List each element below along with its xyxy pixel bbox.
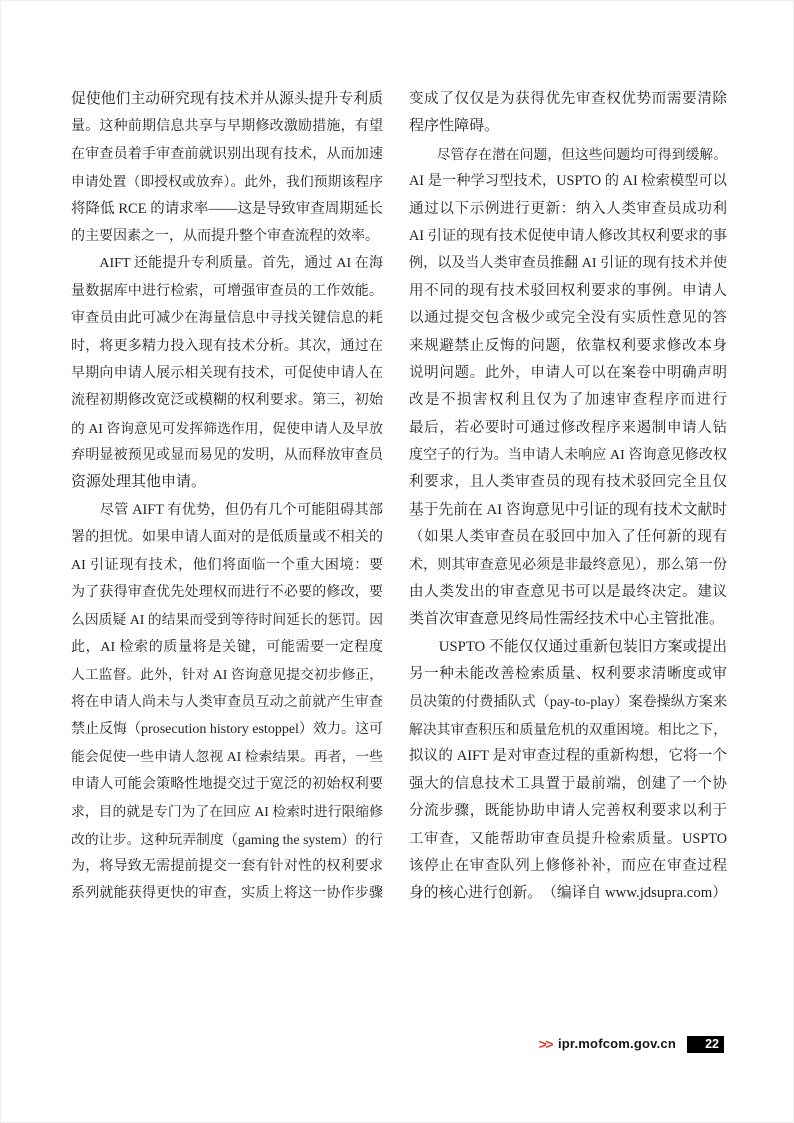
text-line: 来规避禁止反悔的问题，依靠权利要求修改本身来 bbox=[409, 333, 727, 360]
text-line: 基于先前在 AI 咨询意见中引证的现有技术文献时 bbox=[409, 497, 727, 524]
text-line: 么因质疑 AI 的结果而受到等待时间延长的惩罚。因 bbox=[71, 606, 383, 633]
text-line: 改的让步。这种玩弄制度（gaming the system）的行 bbox=[71, 826, 383, 853]
text-line: 申请处置（即授权或放弃）。此外，我们预期该程序 bbox=[71, 168, 383, 195]
text-line: 分流步骤，既能协助申请人完善权利要求以利于人 bbox=[409, 798, 727, 825]
text-line: 拟议的 AIFT 是对审查过程的重新构想，它将一个 bbox=[409, 743, 727, 770]
text-line: AI 是一种学习型技术，USPTO 的 AI 检索模型可以 bbox=[409, 168, 727, 195]
text-line: 求，目的就是专门为了在回应 AI 检索时进行限缩修 bbox=[71, 798, 383, 825]
text-line: 说明问题。此外，申请人可以在案卷中明确声明修 bbox=[409, 360, 727, 387]
text-line: 强大的信息技术工具置于最前端，创建了一个协作 bbox=[409, 771, 727, 798]
text-line: 尽管存在潜在问题，但这些问题均可得到缓解。 bbox=[409, 141, 727, 168]
text-line: 改是不损害权利且仅为了加速审查程序而进行的。 bbox=[409, 387, 727, 414]
text-line: 员决策的付费插队式（pay-to-play）案卷操纵方案来 bbox=[409, 689, 727, 716]
text-line: 程序性障碍。 bbox=[409, 113, 727, 140]
text-line: 利要求，且人类审查员的现有技术驳回完全且仅仅 bbox=[409, 469, 727, 496]
text-line: 能会促使一些申请人忽视 AI 检索结果。再者，一些 bbox=[71, 743, 383, 770]
text-line: 禁止反悔（prosecution history estoppel）效力。这可 bbox=[71, 716, 383, 743]
text-line: 度空子的行为。当申请人未响应 AI 咨询意见修改权 bbox=[409, 442, 727, 469]
text-line: 此，AI 检索的质量将是关键，可能需要一定程度的 bbox=[71, 634, 383, 661]
text-line: AI 引证的现有技术促使申请人修改其权利要求的事 bbox=[409, 223, 727, 250]
text-line: 身的核心进行创新。 （编译自 www.jdsupra.com） bbox=[409, 880, 727, 907]
text-line: 通过以下示例进行更新：纳入人类审查员成功利用 bbox=[409, 196, 727, 223]
text-line: 工审查，又能帮助审查员提升检索质量。USPTO 应 bbox=[409, 826, 727, 853]
footer-site-url: ipr.mofcom.gov.cn bbox=[558, 1035, 676, 1053]
text-line: 以通过提交包含极少或完全没有实质性意见的答复 bbox=[409, 305, 727, 332]
page-footer: >> ipr.mofcom.gov.cn 22 bbox=[539, 1035, 724, 1053]
text-line: 量数据库中进行检索，可增强审查员的工作效能。 bbox=[71, 278, 383, 305]
text-line: 促使他们主动研究现有技术并从源头提升专利质 bbox=[71, 86, 383, 113]
text-line: 申请人可能会策略性地提交过于宽泛的初始权利要 bbox=[71, 771, 383, 798]
document-page: 促使他们主动研究现有技术并从源头提升专利质量。这种前期信息共享与早期修改激励措施… bbox=[0, 0, 794, 1123]
text-line: 由人类发出的审查意见书可以是最终决定。建议此 bbox=[409, 579, 727, 606]
right-text-column: 变成了仅仅是为获得优先审查权优势而需要清除的程序性障碍。 尽管存在潜在问题，但这… bbox=[409, 86, 727, 908]
text-line: 的 AI 咨询意见可发挥筛选作用，促使申请人及早放 bbox=[71, 415, 383, 442]
text-line: 术，则其审查意见必须是非最终意见），那么第一份 bbox=[409, 552, 727, 579]
text-line: 类首次审查意见终局性需经技术中心主管批准。 bbox=[409, 606, 727, 633]
text-line: 尽管 AIFT 有优势，但仍有几个可能阻碍其部 bbox=[71, 497, 383, 524]
text-line: 弃明显被预见或显而易见的发明，从而释放审查员 bbox=[71, 442, 383, 469]
text-line: 系列就能获得更快的审查，实质上将这一协作步骤 bbox=[71, 880, 383, 907]
text-line: AIFT 还能提升专利质量。首先，通过 AI 在海 bbox=[71, 250, 383, 277]
text-line: 为，将导致无需提前提交一套有针对性的权利要求 bbox=[71, 853, 383, 880]
text-line: 例，以及当人类审查员推翻 AI 引证的现有技术并使 bbox=[409, 250, 727, 277]
text-line: 人工监督。此外，针对 AI 咨询意见提交初步修正， bbox=[71, 661, 383, 688]
text-line: 量。这种前期信息共享与早期修改激励措施，有望 bbox=[71, 113, 383, 140]
text-line: USPTO 不能仅仅通过重新包装旧方案或提出 bbox=[409, 634, 727, 661]
text-line: （如果人类审查员在驳回中加入了任何新的现有技 bbox=[409, 524, 727, 551]
text-line: 资源处理其他申请。 bbox=[71, 469, 383, 496]
text-line: 的主要因素之一，从而提升整个审查流程的效率。 bbox=[71, 223, 383, 250]
text-line: 时，将更多精力投入现有技术分析。其次，通过在 bbox=[71, 333, 383, 360]
page-number-badge: 22 bbox=[687, 1036, 724, 1053]
text-line: 为了获得审查优先处理权而进行不必要的修改，要 bbox=[71, 579, 383, 606]
text-line: 早期向申请人展示相关现有技术，可促使申请人在 bbox=[71, 360, 383, 387]
text-line: 变成了仅仅是为获得优先审查权优势而需要清除的 bbox=[409, 86, 727, 113]
text-line: 署的担忧。如果申请人面对的是低质量或不相关的 bbox=[71, 524, 383, 551]
text-line: 该停止在审查队列上修修补补，而应在审查过程本 bbox=[409, 853, 727, 880]
text-line: 用不同的现有技术驳回权利要求的事例。申请人可 bbox=[409, 278, 727, 305]
text-line: 最后，若必要时可通过修改程序来遏制申请人钻制 bbox=[409, 415, 727, 442]
text-line: 另一种未能改善检索质量、权利要求清晰度或审查 bbox=[409, 661, 727, 688]
text-line: AI 引证现有技术，他们将面临一个重大困境：要么 bbox=[71, 552, 383, 579]
text-line: 审查员由此可减少在海量信息中寻找关键信息的耗 bbox=[71, 305, 383, 332]
text-line: 将降低 RCE 的请求率——这是导致审查周期延长 bbox=[71, 196, 383, 223]
left-text-column: 促使他们主动研究现有技术并从源头提升专利质量。这种前期信息共享与早期修改激励措施… bbox=[71, 86, 383, 908]
double-chevron-icon: >> bbox=[539, 1035, 552, 1053]
text-line: 流程初期修改宽泛或模糊的权利要求。第三，初始 bbox=[71, 387, 383, 414]
text-line: 在审查员着手审查前就识别出现有技术，从而加速 bbox=[71, 141, 383, 168]
text-line: 将在申请人尚未与人类审查员互动之前就产生审查 bbox=[71, 689, 383, 716]
text-line: 解决其审查积压和质量危机的双重困境。相比之下， bbox=[409, 716, 727, 743]
